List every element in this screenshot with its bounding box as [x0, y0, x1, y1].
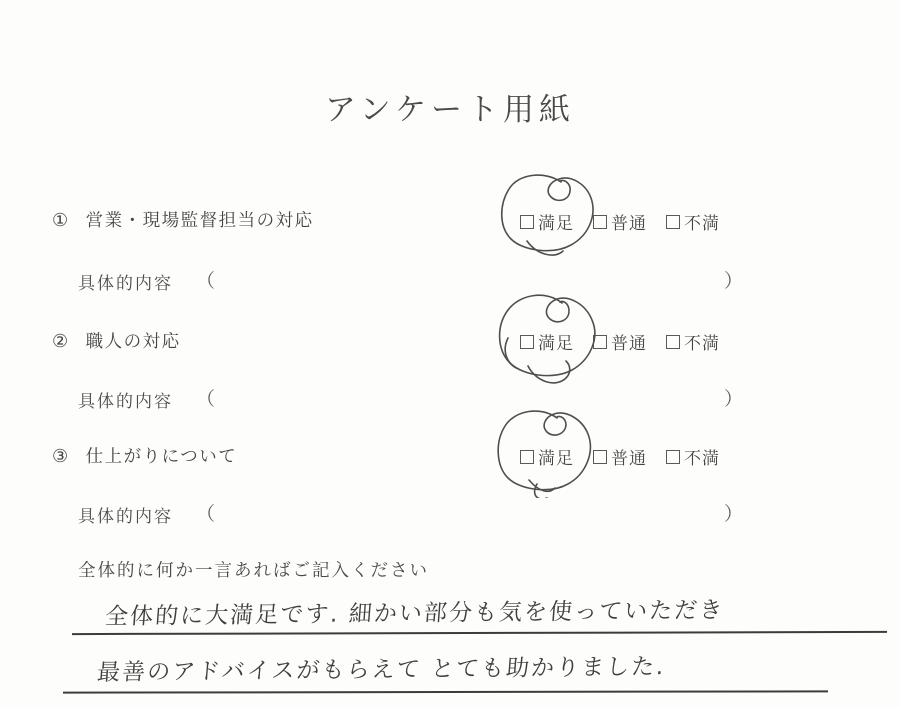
detail-label: 具体的内容	[78, 507, 173, 526]
question-2: ②職人の対応	[52, 328, 181, 353]
checkbox-icon	[520, 450, 534, 464]
option-normal-label: 普通	[611, 329, 647, 354]
handwritten-comment-line-1: 全体的に大満足です. 細かい部分も気を使っていただき	[104, 592, 726, 631]
detail-close-paren: ）	[724, 384, 745, 411]
detail-row-2: 具体的内容 （ ）	[78, 387, 173, 412]
comment-prompt: 全体的に何か一言あればご記入ください	[78, 557, 429, 582]
checkbox-icon	[593, 335, 607, 349]
question-2-options: 満足 普通 不満	[520, 329, 720, 354]
checkbox-icon	[666, 215, 680, 229]
checkbox-icon	[520, 335, 534, 349]
detail-close-paren: ）	[724, 266, 745, 293]
question-3-label: 仕上がりについて	[86, 446, 238, 466]
question-1-label: 営業・現場監督担当の対応	[86, 210, 314, 230]
checkbox-icon	[593, 215, 607, 229]
detail-open-paren: （	[196, 499, 217, 526]
questionnaire-scan: アンケート用紙 ①営業・現場監督担当の対応 満足 普通 不満 具体的内容 （ ）…	[0, 0, 900, 707]
checkbox-icon	[666, 450, 680, 464]
option-normal: 普通	[593, 444, 647, 469]
detail-row-1: 具体的内容 （ ）	[78, 269, 173, 294]
detail-close-paren: ）	[724, 499, 745, 526]
option-satisfied-label: 満足	[538, 444, 574, 469]
question-3-number: ③	[52, 446, 70, 466]
detail-label: 具体的内容	[78, 392, 173, 411]
form-title: アンケート用紙	[0, 84, 900, 129]
comment-rule-line-1	[72, 631, 887, 635]
option-dissatisfied-label: 不満	[684, 329, 720, 354]
comment-rule-line-2	[63, 690, 828, 693]
option-satisfied-label: 満足	[538, 329, 574, 354]
option-dissatisfied: 不満	[666, 209, 720, 234]
question-2-number: ②	[52, 331, 70, 351]
option-normal: 普通	[593, 209, 647, 234]
option-satisfied: 満足	[520, 444, 574, 469]
option-dissatisfied: 不満	[666, 329, 720, 354]
detail-row-3: 具体的内容 （ ）	[78, 502, 173, 527]
checkbox-icon	[593, 450, 607, 464]
checkbox-icon	[666, 335, 680, 349]
question-2-label: 職人の対応	[86, 331, 181, 351]
option-normal-label: 普通	[611, 444, 647, 469]
detail-open-paren: （	[196, 384, 217, 411]
question-1: ①営業・現場監督担当の対応	[52, 207, 314, 232]
question-3: ③仕上がりについて	[52, 443, 237, 468]
option-satisfied-label: 満足	[538, 209, 574, 234]
option-satisfied: 満足	[520, 329, 574, 354]
checkbox-icon	[520, 215, 534, 229]
option-dissatisfied: 不満	[666, 444, 720, 469]
question-3-options: 満足 普通 不満	[520, 444, 720, 469]
detail-label: 具体的内容	[78, 274, 173, 293]
handwritten-comment-line-2: 最善のアドバイスがもらえて とても助かりました.	[96, 648, 667, 687]
option-satisfied: 満足	[520, 209, 574, 234]
question-1-options: 満足 普通 不満	[520, 209, 720, 234]
option-normal: 普通	[593, 329, 647, 354]
question-1-number: ①	[52, 210, 70, 230]
option-dissatisfied-label: 不満	[684, 209, 720, 234]
option-normal-label: 普通	[611, 209, 647, 234]
detail-open-paren: （	[196, 266, 217, 293]
option-dissatisfied-label: 不満	[684, 444, 720, 469]
